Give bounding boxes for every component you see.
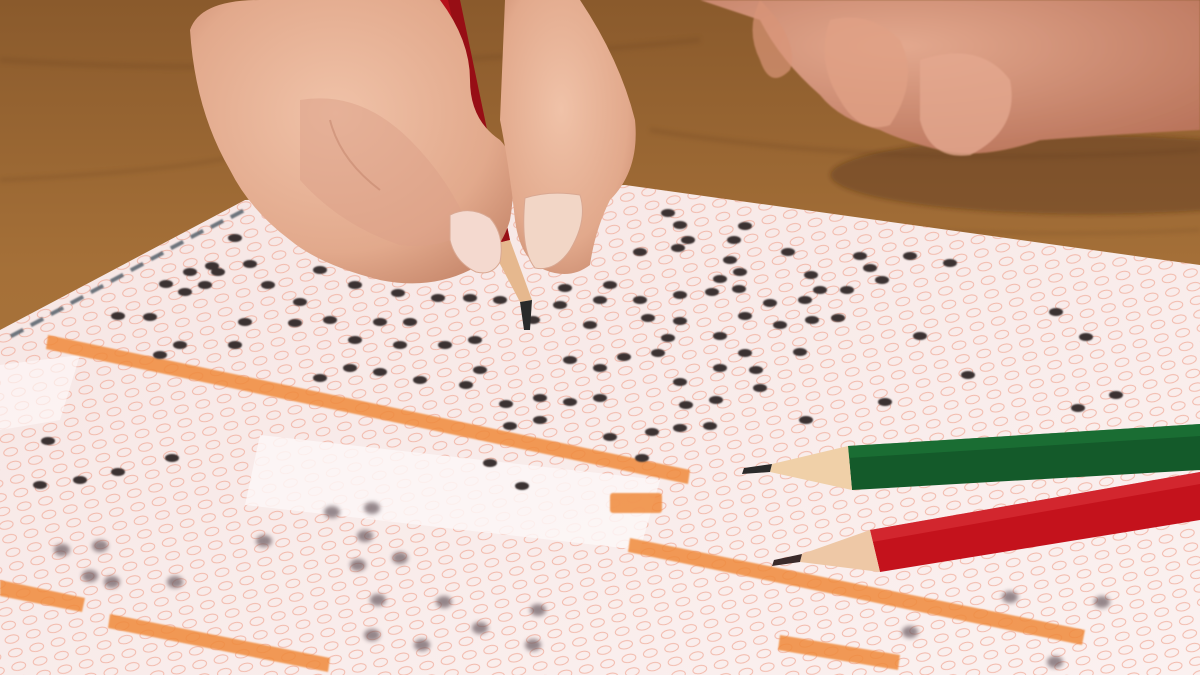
photo-scene [0,0,1200,675]
answer-sheet [0,185,1200,675]
scene-canvas [0,0,1200,675]
